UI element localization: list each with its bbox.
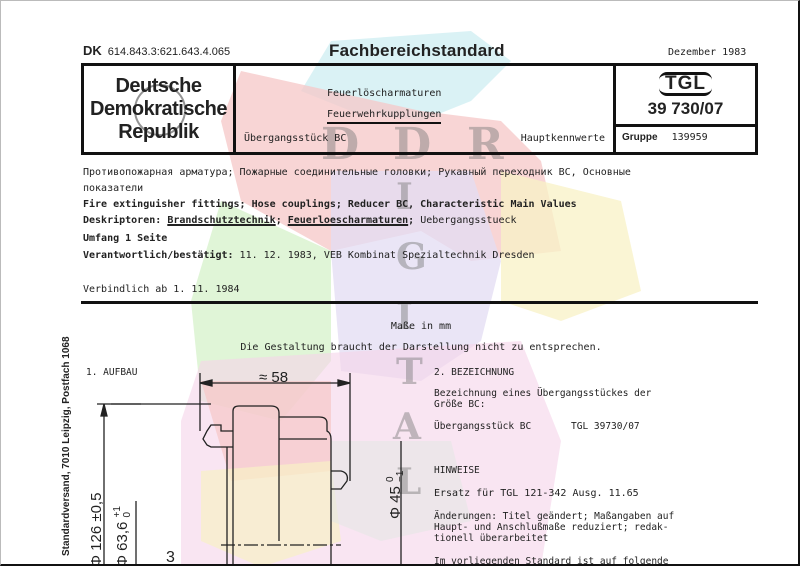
- technical-drawing: [1, 1, 800, 566]
- document-page: D D R I G I T A L DK614.843.3:621.643.4.…: [0, 0, 800, 566]
